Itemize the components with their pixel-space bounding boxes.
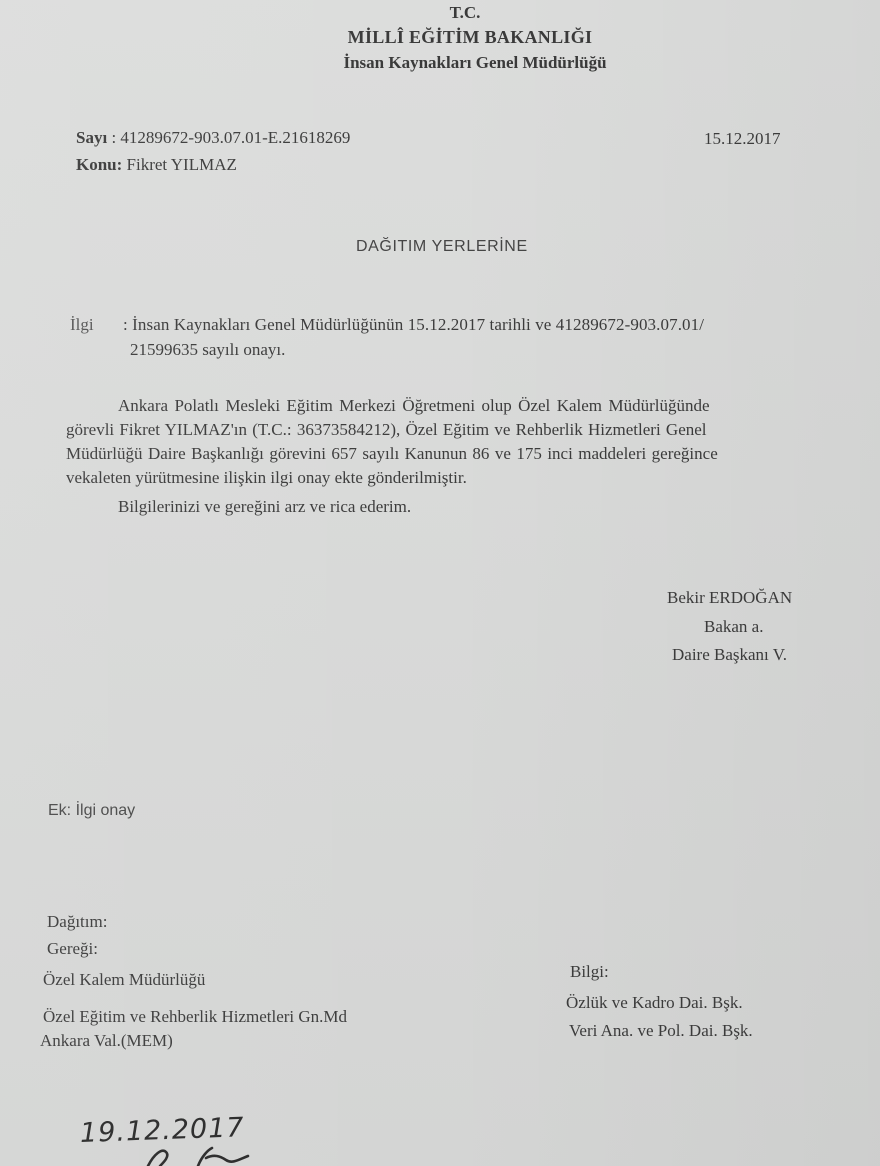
reference-number: Sayı : 41289672-903.07.01-E.21618269 xyxy=(76,128,350,148)
document-page: T.C. MİLLÎ EĞİTİM BAKANLIĞI İnsan Kaynak… xyxy=(0,0,880,1166)
addressee-title: DAĞITIM YERLERİNE xyxy=(356,238,528,256)
attachment-note: Ek: İlgi onay xyxy=(48,802,135,820)
gereği-item: Özel Kalem Müdürlüğü xyxy=(43,970,205,990)
signatory-title-2: Daire Başkanı V. xyxy=(672,645,787,665)
body-line-2: görevli Fikret YILMAZ'ın (T.C.: 36373584… xyxy=(66,420,707,440)
bilgi-item: Veri Ana. ve Pol. Dai. Bşk. xyxy=(569,1021,753,1041)
header-department: İnsan Kaynakları Genel Müdürlüğü xyxy=(290,53,660,73)
signatory-name: Bekir ERDOĞAN xyxy=(667,588,792,608)
subject: Konu: Fikret YILMAZ xyxy=(76,155,237,175)
document-date: 15.12.2017 xyxy=(704,129,781,149)
konu-label: Konu: xyxy=(76,155,122,174)
gereği-item: Ankara Val.(MEM) xyxy=(40,1031,173,1051)
distribution-heading: Dağıtım: xyxy=(47,912,107,932)
ilgi-line-2: 21599635 sayılı onayı. xyxy=(130,340,285,360)
signatory-title-1: Bakan a. xyxy=(704,617,763,637)
ilgi-line-1: : İnsan Kaynakları Genel Müdürlüğünün 15… xyxy=(123,315,704,335)
header-country: T.C. xyxy=(345,3,585,23)
gereği-label: Gereği: xyxy=(47,939,98,959)
konu-value: Fikret YILMAZ xyxy=(127,155,237,174)
handwritten-signature-icon xyxy=(140,1140,280,1166)
ilgi-label: İlgi xyxy=(70,315,94,335)
body-line-4: vekaleten yürütmesine ilişkin ilgi onay … xyxy=(66,468,467,488)
body-line-3: Müdürlüğü Daire Başkanlığı görevini 657 … xyxy=(66,444,718,464)
body-closing: Bilgilerinizi ve gereğini arz ve rica ed… xyxy=(118,497,411,517)
sayi-label: Sayı xyxy=(76,128,107,147)
body-line-1: Ankara Polatlı Mesleki Eğitim Merkezi Öğ… xyxy=(118,396,710,416)
bilgi-label: Bilgi: xyxy=(570,962,609,982)
gereği-item: Özel Eğitim ve Rehberlik Hizmetleri Gn.M… xyxy=(43,1007,347,1027)
sayi-value: : 41289672-903.07.01-E.21618269 xyxy=(111,128,350,147)
header-ministry: MİLLÎ EĞİTİM BAKANLIĞI xyxy=(300,27,640,48)
bilgi-item: Özlük ve Kadro Dai. Bşk. xyxy=(566,993,743,1013)
